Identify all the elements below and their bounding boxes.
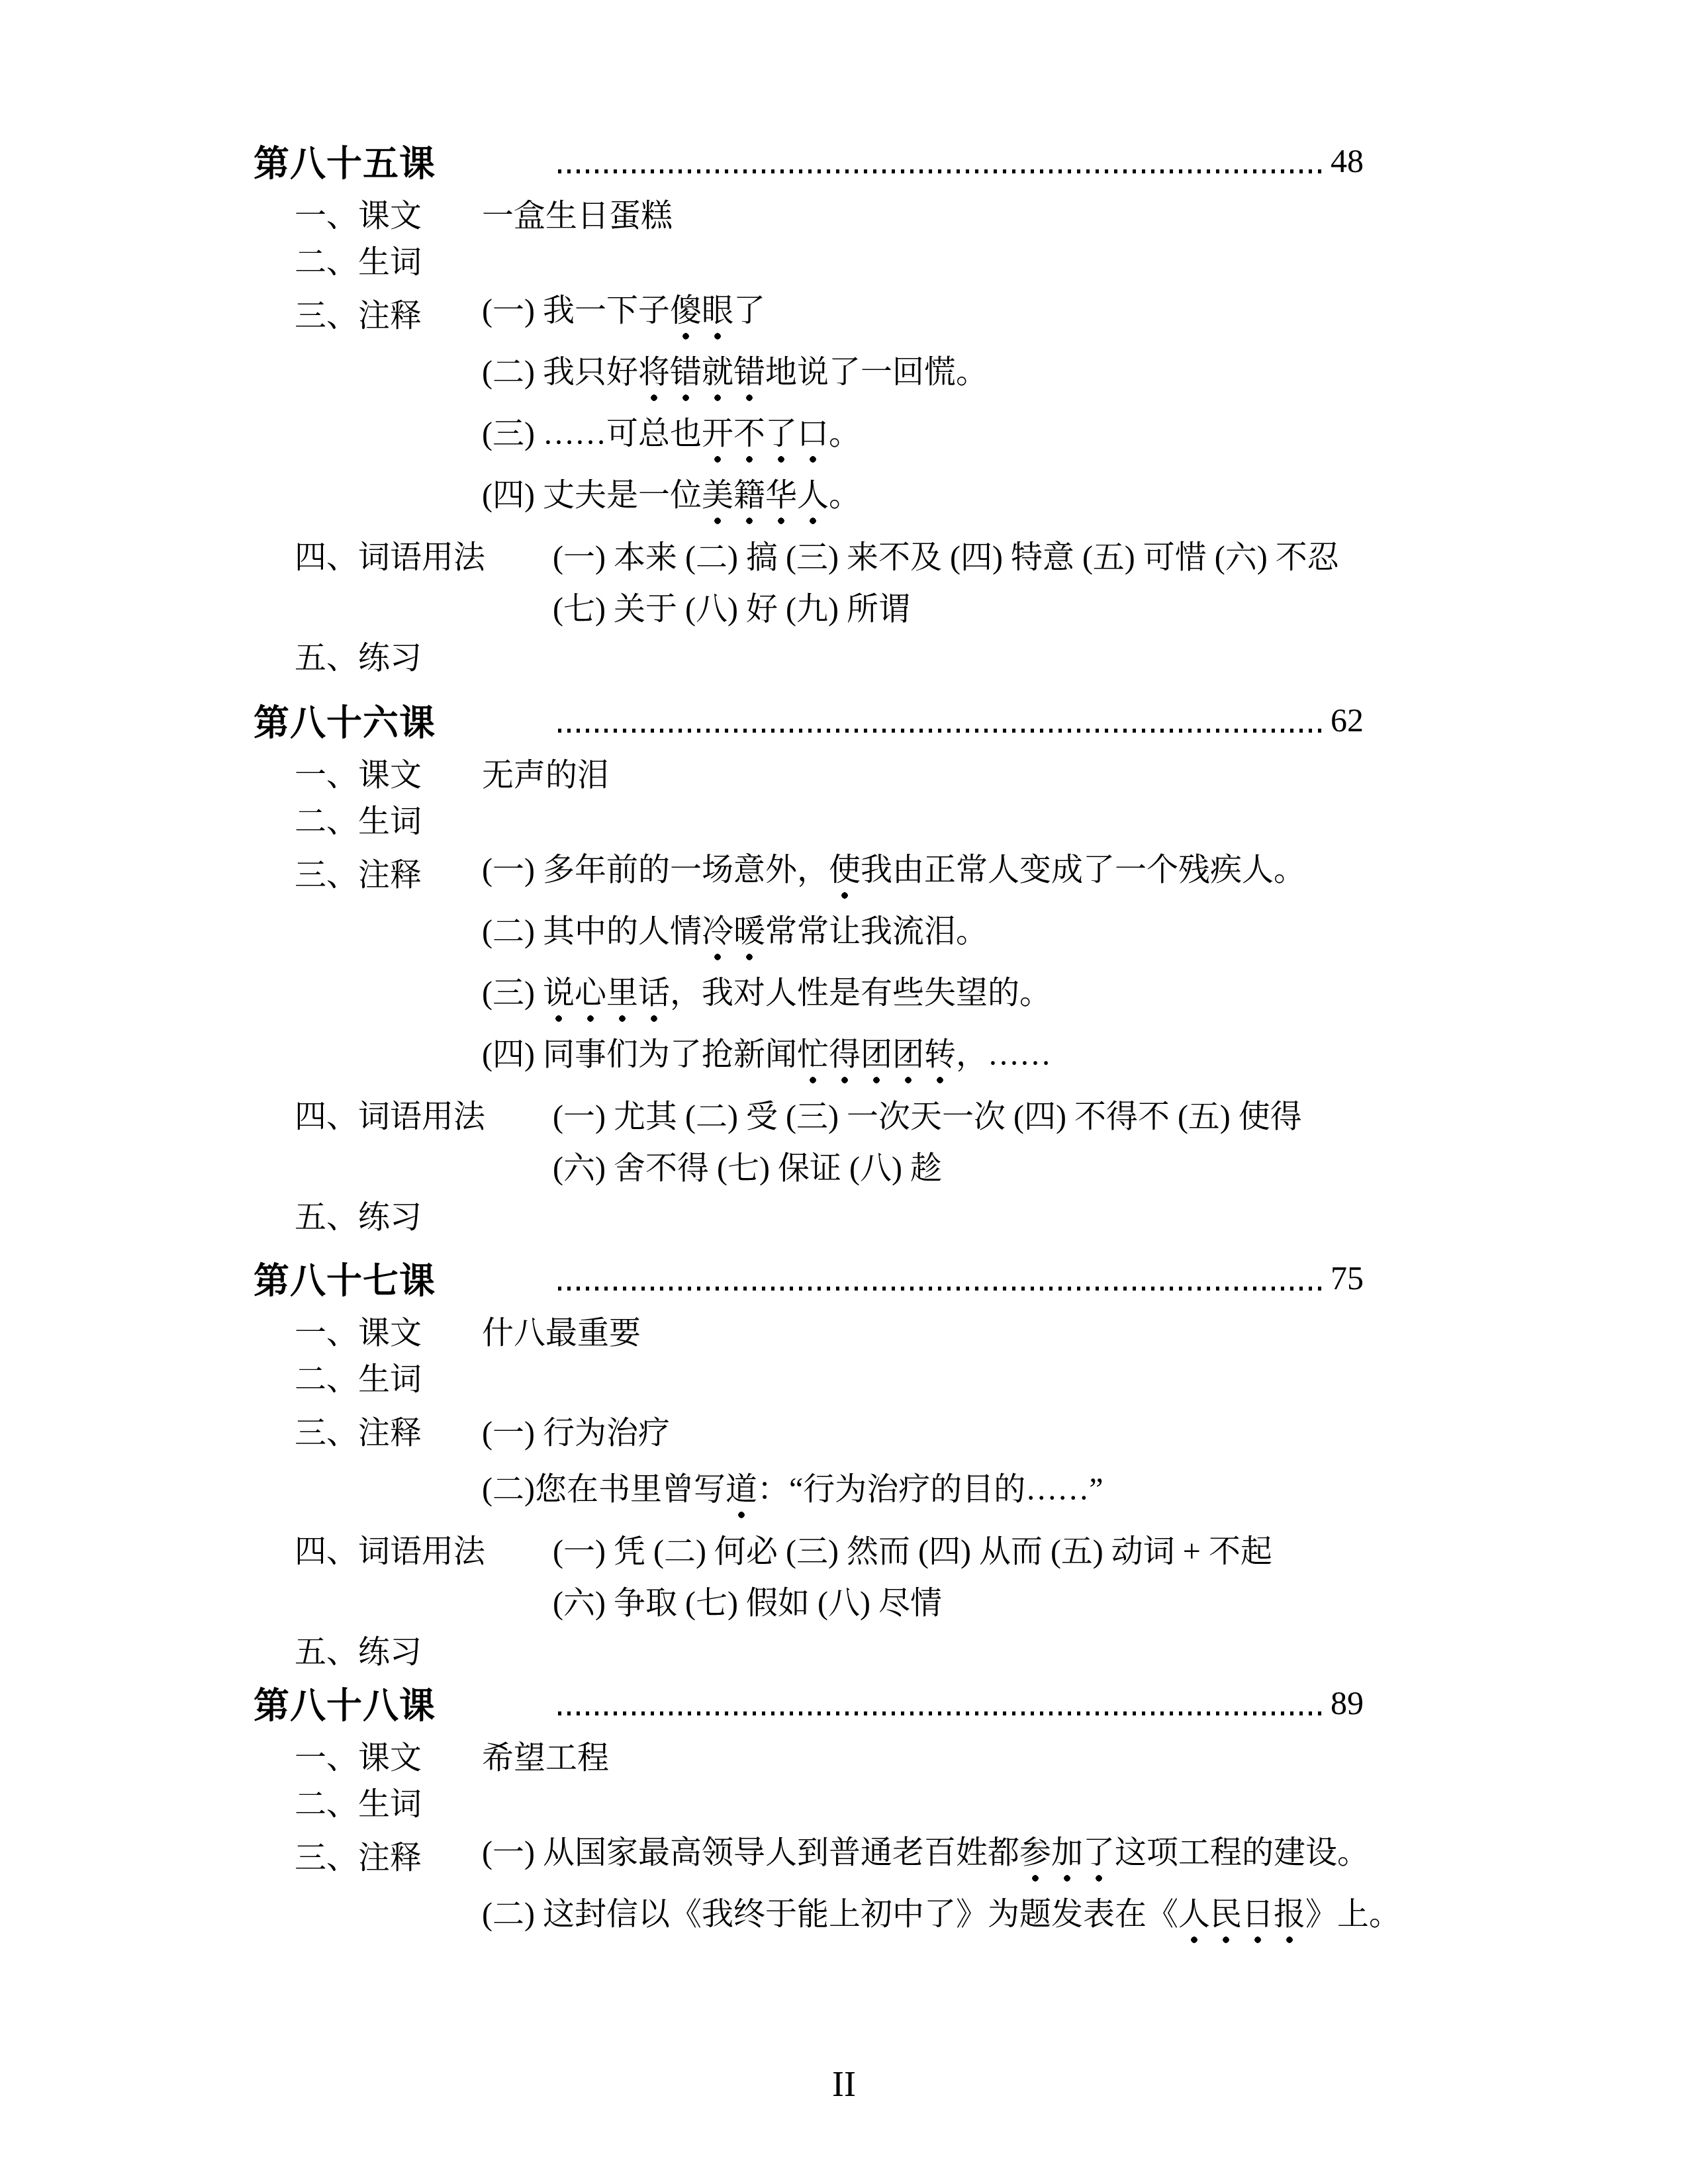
plain-text: (一) 行为治疗 xyxy=(482,1416,670,1451)
section-row: (三) 说心里话，我对人性是有些失望的。 xyxy=(0,964,1688,1026)
section-content: (六) 舍不得 (七) 保证 (八) 趁 xyxy=(553,1142,1609,1188)
plain-text: (二) 我只好 xyxy=(482,355,638,390)
section-row: (四) 丈夫是一位美籍华人。 xyxy=(0,467,1688,528)
dot-leader xyxy=(558,1674,1321,1731)
plain-text: ，…… xyxy=(956,1037,1051,1072)
section-label: 四、词语用法 xyxy=(295,1525,553,1571)
lesson-page-number: 62 xyxy=(1331,701,1364,739)
section-row: (二) 我只好将错就错地说了一回慌。 xyxy=(0,343,1688,405)
section-content: (六) 争取 (七) 假如 (八) 尽情 xyxy=(553,1577,1609,1623)
section-label: 二、生词 xyxy=(295,236,482,282)
plain-text: ，我对人性是有些失望的。 xyxy=(670,976,1051,1011)
plain-text: (三) ……可总也 xyxy=(482,416,702,451)
plain-text: (一) 多年前的一场意外， xyxy=(482,852,829,887)
section-content: (一) 本来 (二) 搞 (三) 来不及 (四) 特意 (五) 可惜 (六) 不… xyxy=(553,531,1609,577)
section-row: 二、生词 xyxy=(0,236,1688,282)
plain-text: (六) 争取 (七) 假如 (八) 尽情 xyxy=(553,1586,942,1621)
section-row: (二)您在书里曾写道：“行为治疗的目的……” xyxy=(0,1461,1688,1522)
section-content: (二) 其中的人情冷暖常常让我流泪。 xyxy=(482,905,1609,962)
emphasized-text: 使 xyxy=(829,844,861,900)
lesson-page-number: 89 xyxy=(1331,1684,1364,1722)
emphasized-text: 美籍华人 xyxy=(702,469,829,525)
section-row: (三) ……可总也开不了口。 xyxy=(0,405,1688,467)
section-content: (二) 这封信以《我终于能上初中了》为题发表在《人民日报》上。 xyxy=(482,1888,1609,1944)
plain-text: (一) 本来 (二) 搞 (三) 来不及 (四) 特意 (五) 可惜 (六) 不… xyxy=(553,540,1339,575)
plain-text: (四) 丈夫是一位 xyxy=(482,478,702,513)
emphasized-text: 参加了 xyxy=(1019,1827,1115,1883)
section-label: 三、注释 xyxy=(295,1407,482,1453)
section-row: 一、课文无声的泪 xyxy=(0,749,1688,795)
section-label: 二、生词 xyxy=(295,1778,482,1824)
section-row: 一、课文什八最重要 xyxy=(0,1306,1688,1353)
plain-text: 无声的泪 xyxy=(482,758,609,793)
plain-text: 什八最重要 xyxy=(482,1316,641,1351)
section-content: (一) 凭 (二) 何必 (三) 然而 (四) 从而 (五) 动词 + 不起 xyxy=(553,1525,1609,1571)
section-row: (六) 争取 (七) 假如 (八) 尽情 xyxy=(0,1574,1688,1625)
lesson-header: 第八十六课62 xyxy=(254,692,1364,749)
section-row: 四、词语用法(一) 本来 (二) 搞 (三) 来不及 (四) 特意 (五) 可惜… xyxy=(0,528,1688,580)
lesson-page-number: 75 xyxy=(1331,1259,1364,1297)
lesson-title: 第八十六课 xyxy=(254,695,436,746)
section-row: (六) 舍不得 (七) 保证 (八) 趁 xyxy=(0,1139,1688,1191)
emphasized-text: 开不了口 xyxy=(702,408,829,464)
emphasized-text: 说心里话 xyxy=(543,967,670,1023)
section-row: 三、注释(一) 我一下子傻眼了 xyxy=(0,282,1688,343)
section-row: 一、课文希望工程 xyxy=(0,1731,1688,1778)
section-row: (七) 关于 (八) 好 (九) 所谓 xyxy=(0,580,1688,631)
section-row: 四、词语用法(一) 尤其 (二) 受 (三) 一次天一次 (四) 不得不 (五)… xyxy=(0,1087,1688,1139)
section-content: (二) 我只好将错就错地说了一回慌。 xyxy=(482,346,1609,402)
section-content: (二)您在书里曾写道：“行为治疗的目的……” xyxy=(482,1463,1609,1520)
section-row: (二) 这封信以《我终于能上初中了》为题发表在《人民日报》上。 xyxy=(0,1886,1688,1947)
plain-text: (一) 我一下子 xyxy=(482,293,670,328)
section-row: 四、词语用法(一) 凭 (二) 何必 (三) 然而 (四) 从而 (五) 动词 … xyxy=(0,1522,1688,1574)
lesson-header: 第八十八课89 xyxy=(254,1674,1364,1731)
lesson-page-number: 48 xyxy=(1331,142,1364,180)
section-label: 一、课文 xyxy=(295,749,482,795)
section-content: 什八最重要 xyxy=(482,1307,1609,1353)
section-label: 一、课文 xyxy=(295,1307,482,1353)
section-label: 一、课文 xyxy=(295,190,482,236)
section-content: (一) 多年前的一场意外，使我由正常人变成了一个残疾人。 xyxy=(482,844,1609,900)
section-row: 三、注释(一) 行为治疗 xyxy=(0,1399,1688,1461)
section-content: (一) 我一下子傻眼了 xyxy=(482,285,1609,341)
plain-text: 常常让我流泪。 xyxy=(765,914,988,949)
plain-text: (四) 同事们为了抢新闻 xyxy=(482,1037,797,1072)
section-label: 二、生词 xyxy=(295,1353,482,1399)
section-row: 五、练习 xyxy=(0,631,1688,678)
lesson-block: 第八十八课89一、课文希望工程二、生词三、注释(一) 从国家最高领导人到普通老百… xyxy=(0,1674,1688,1947)
plain-text: 。 xyxy=(829,478,861,513)
plain-text: (七) 关于 (八) 好 (九) 所谓 xyxy=(553,592,910,627)
section-label: 二、生词 xyxy=(295,796,482,841)
plain-text: 这项工程的建设。 xyxy=(1115,1835,1369,1870)
section-label: 四、词语用法 xyxy=(295,1091,553,1136)
lesson-block: 第八十七课75一、课文什八最重要二、生词三、注释(一) 行为治疗(二)您在书里曾… xyxy=(0,1250,1688,1672)
plain-text: 一盒生日蛋糕 xyxy=(482,199,673,234)
section-label: 三、注释 xyxy=(295,849,482,895)
section-content: (一) 行为治疗 xyxy=(482,1407,1609,1453)
emphasized-text: 忙得团团转 xyxy=(797,1028,956,1085)
section-row: 三、注释(一) 多年前的一场意外，使我由正常人变成了一个残疾人。 xyxy=(0,841,1688,903)
lesson-block: 第八十五课48一、课文一盒生日蛋糕二、生词三、注释(一) 我一下子傻眼了(二) … xyxy=(0,132,1688,678)
emphasized-text: 将错就错 xyxy=(638,346,765,402)
scanned-toc-page: { "document": { "footer_page_number": "I… xyxy=(0,0,1688,2184)
emphasized-text: 冷暖 xyxy=(702,905,765,962)
section-content: (四) 丈夫是一位美籍华人。 xyxy=(482,469,1609,525)
plain-text: (三) xyxy=(482,976,543,1011)
plain-text: (二) 其中的人情 xyxy=(482,914,702,949)
section-label: 五、练习 xyxy=(295,1626,482,1672)
plain-text: ：“行为治疗的目的……” xyxy=(757,1472,1103,1507)
emphasized-text: 道 xyxy=(726,1463,757,1520)
lesson-block: 第八十六课62一、课文无声的泪二、生词三、注释(一) 多年前的一场意外，使我由正… xyxy=(0,692,1688,1237)
section-label: 五、练习 xyxy=(295,1191,482,1237)
section-row: 二、生词 xyxy=(0,1778,1688,1824)
section-row: 五、练习 xyxy=(0,1191,1688,1237)
emphasized-text: 傻眼 xyxy=(670,285,733,341)
lesson-header: 第八十五课48 xyxy=(254,132,1364,189)
section-content: (四) 同事们为了抢新闻忙得团团转，…… xyxy=(482,1028,1609,1085)
section-row: 二、生词 xyxy=(0,795,1688,841)
section-content: (一) 尤其 (二) 受 (三) 一次天一次 (四) 不得不 (五) 使得 xyxy=(553,1091,1609,1136)
section-label: 一、课文 xyxy=(295,1732,482,1778)
section-label: 三、注释 xyxy=(295,290,482,336)
section-content: (三) ……可总也开不了口。 xyxy=(482,408,1609,464)
section-content: (七) 关于 (八) 好 (九) 所谓 xyxy=(553,583,1609,629)
plain-text: (一) 尤其 (二) 受 (三) 一次天一次 (四) 不得不 (五) 使得 xyxy=(553,1099,1302,1134)
section-label: 四、词语用法 xyxy=(295,531,553,577)
dot-leader xyxy=(558,692,1321,749)
emphasized-text: 人民日报 xyxy=(1178,1888,1305,1944)
dot-leader xyxy=(558,132,1321,189)
plain-text: 了 xyxy=(733,293,765,328)
plain-text: 希望工程 xyxy=(482,1741,609,1776)
section-content: (一) 从国家最高领导人到普通老百姓都参加了这项工程的建设。 xyxy=(482,1827,1609,1883)
plain-text: 》上。 xyxy=(1305,1897,1401,1932)
plain-text: (一) 凭 (二) 何必 (三) 然而 (四) 从而 (五) 动词 + 不起 xyxy=(553,1534,1272,1569)
plain-text: (二) 这封信以《我终于能上初中了》为题发表在《 xyxy=(482,1897,1178,1932)
plain-text: 地说了一回慌。 xyxy=(765,355,988,390)
section-content: (三) 说心里话，我对人性是有些失望的。 xyxy=(482,967,1609,1023)
lesson-title: 第八十七课 xyxy=(254,1253,436,1304)
lesson-title: 第八十八课 xyxy=(254,1678,436,1729)
plain-text: (二)您在书里曾写 xyxy=(482,1472,726,1507)
section-row: 一、课文一盒生日蛋糕 xyxy=(0,189,1688,236)
section-row: 三、注释(一) 从国家最高领导人到普通老百姓都参加了这项工程的建设。 xyxy=(0,1824,1688,1886)
lesson-header: 第八十七课75 xyxy=(254,1250,1364,1306)
section-row: (四) 同事们为了抢新闻忙得团团转，…… xyxy=(0,1026,1688,1087)
dot-leader xyxy=(558,1250,1321,1306)
section-content: 一盒生日蛋糕 xyxy=(482,190,1609,236)
section-row: 二、生词 xyxy=(0,1353,1688,1399)
plain-text: (一) 从国家最高领导人到普通老百姓都 xyxy=(482,1835,1019,1870)
section-content: 无声的泪 xyxy=(482,749,1609,795)
plain-text: (六) 舍不得 (七) 保证 (八) 趁 xyxy=(553,1151,942,1186)
section-content: 希望工程 xyxy=(482,1732,1609,1778)
section-row: (二) 其中的人情冷暖常常让我流泪。 xyxy=(0,903,1688,964)
section-label: 三、注释 xyxy=(295,1832,482,1878)
plain-text: 。 xyxy=(829,416,861,451)
footer-page-number: II xyxy=(0,2064,1688,2105)
lesson-title: 第八十五课 xyxy=(254,136,436,187)
section-label: 五、练习 xyxy=(295,632,482,678)
plain-text: 我由正常人变成了一个残疾人。 xyxy=(861,852,1305,887)
section-row: 五、练习 xyxy=(0,1625,1688,1672)
